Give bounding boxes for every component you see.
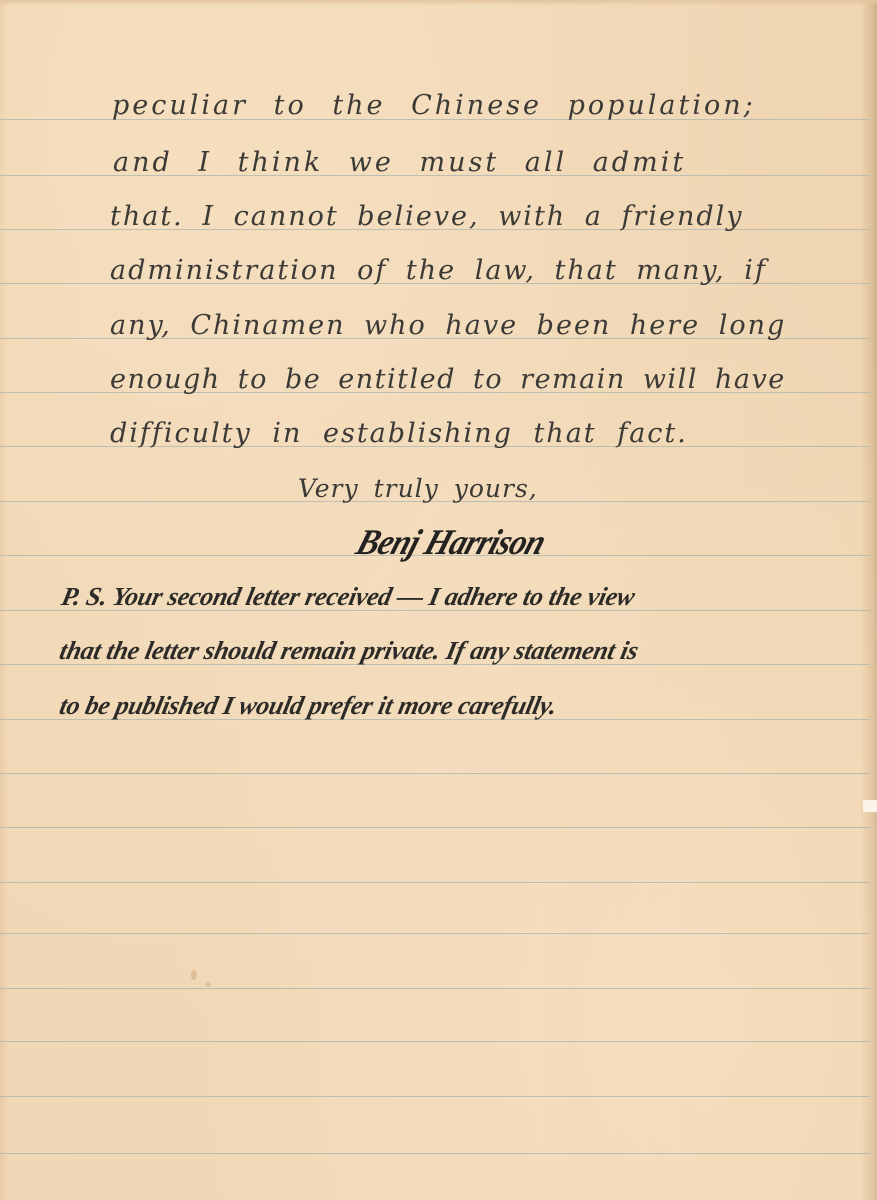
letter-body-line: any, Chinamen who have been here long: [110, 312, 786, 339]
letter-closing: Very truly yours,: [298, 476, 538, 501]
paper-top-edge: [0, 0, 877, 6]
letter-body-line: enough to be entitled to remain will hav…: [110, 366, 786, 393]
paper-stain: [206, 982, 210, 987]
ruled-line: [0, 933, 870, 934]
postscript-line: that the letter should remain private. I…: [57, 638, 640, 664]
ruled-line: [0, 1153, 870, 1154]
ruled-line: [0, 1041, 870, 1042]
ruled-line: [0, 988, 870, 989]
postscript-line: to be published I would prefer it more c…: [57, 693, 559, 719]
ruled-line: [0, 1096, 870, 1097]
letter-body-line: difficulty in establishing that fact.: [110, 420, 688, 447]
letter-body-line: and I think we must all admit: [113, 149, 686, 176]
ruled-line: [0, 882, 870, 883]
ruled-line: [0, 827, 870, 828]
signature: Benj Harrison: [352, 524, 550, 560]
paper-tear: [863, 800, 877, 812]
ruled-line: [0, 773, 870, 774]
letter-body-line: that. I cannot believe, with a friendly: [110, 203, 744, 230]
letter-body-line: peculiar to the Chinese population;: [112, 92, 756, 119]
paper-stain: [191, 970, 197, 980]
letter-page: peculiar to the Chinese population; and …: [0, 0, 877, 1200]
letter-body-line: administration of the law, that many, if: [110, 257, 767, 284]
postscript-line: P. S. Your second letter received — I ad…: [59, 584, 637, 610]
